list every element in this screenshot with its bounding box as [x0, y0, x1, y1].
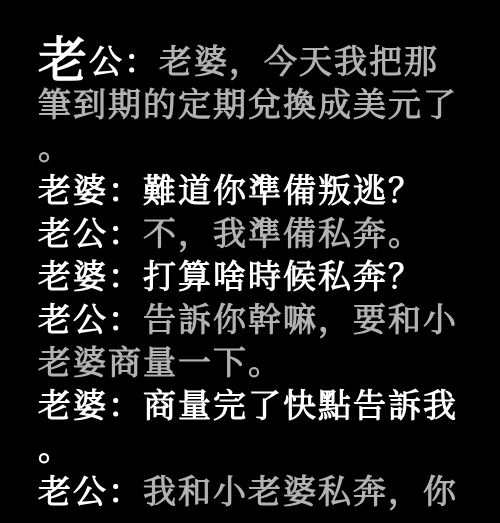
dialogue: 老公：老婆，今天我把那筆到期的定期兌換成美元了。老婆：難道你準備叛逃？老公：不，…: [38, 40, 478, 513]
dialogue-line: 。: [38, 126, 478, 169]
dialogue-line: 老婆：商量完了快點告訴我: [38, 384, 478, 427]
speech-text: 商量完了快點告訴我: [143, 387, 458, 424]
speech-text: 難道你準備叛逃？: [143, 172, 423, 209]
speech-text: 不，我準備私奔。: [143, 215, 423, 252]
speaker-label: 老公：: [38, 215, 143, 252]
speaker-label: 公：: [89, 43, 159, 80]
dialogue-line: 。: [38, 427, 478, 470]
dialogue-line: 老婆：難道你準備叛逃？: [38, 169, 478, 212]
speaker-label: 老婆：: [38, 172, 143, 209]
dropcap-character: 老: [38, 34, 89, 88]
dialogue-line: 老婆：打算啥時候私奔？: [38, 255, 478, 298]
speech-text: 筆到期的定期兌換成美元了: [38, 86, 458, 123]
dialogue-line: 老公：不，我準備私奔。: [38, 212, 478, 255]
dialogue-line: 老公：老婆，今天我把那: [38, 40, 478, 83]
speech-text: 。: [38, 430, 73, 467]
speaker-label: 老婆：: [38, 387, 143, 424]
dialogue-line: 老婆商量一下。: [38, 341, 478, 384]
speech-text: 老婆商量一下。: [38, 344, 283, 381]
dialogue-line: 老公：我和小老婆私奔，你: [38, 470, 478, 513]
speaker-label: 老婆：: [38, 258, 143, 295]
joke-image-canvas: 老公：老婆，今天我把那筆到期的定期兌換成美元了。老婆：難道你準備叛逃？老公：不，…: [0, 0, 500, 523]
speech-text: 打算啥時候私奔？: [143, 258, 423, 295]
dialogue-line: 老公：告訴你幹嘛，要和小: [38, 298, 478, 341]
speech-text: 。: [38, 129, 73, 166]
dialogue-line: 筆到期的定期兌換成美元了: [38, 83, 478, 126]
speech-text: 老婆，今天我把那: [159, 43, 439, 80]
speaker-label: 老公：: [38, 301, 143, 338]
speech-text: 我和小老婆私奔，你: [143, 473, 458, 510]
speech-text: 告訴你幹嘛，要和小: [143, 301, 458, 338]
speaker-label: 老公：: [38, 473, 143, 510]
